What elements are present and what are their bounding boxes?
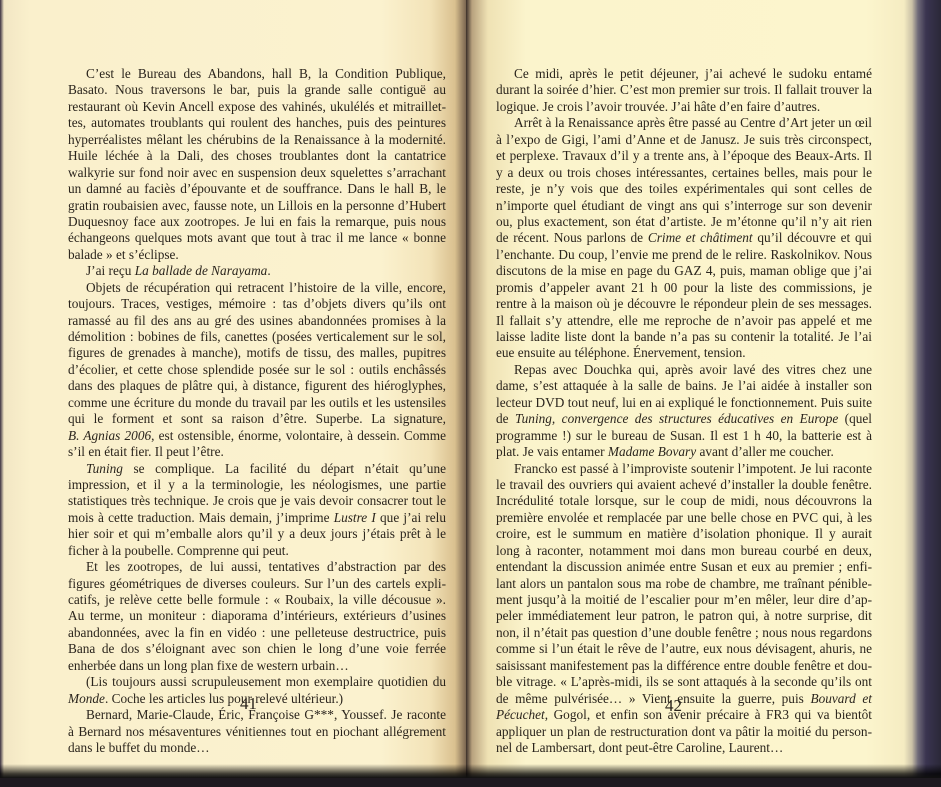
text-line: figures géométriques de diverses couleur… [68,576,446,592]
text-line: Francko est passé à l’improviste souteni… [496,461,872,477]
text-line: Bernard, Marie-Claude, Éric, Françoise G… [68,707,446,723]
text-line: n’importe quel étudiant de vingt ans qui… [496,198,872,214]
text-line: C’est le Bureau des Abandons, hall B, la… [68,66,446,82]
text-line: Ce midi, après le petit déjeuner, j’ai a… [496,66,872,82]
text-line: impression, et il y a la terminologie, l… [68,477,446,493]
text-line: statistiques très technique. Je crois qu… [68,493,446,509]
italic-title: Bouvard et [810,691,872,706]
text-line: ficher à la poubelle. Comprenne qui peut… [68,543,446,559]
text-line: Incrédulité totale lorsque, sur le coup … [496,493,872,509]
left-page-body: C’est le Bureau des Abandons, hall B, la… [68,66,446,756]
text-line: programme !) sur le bureau de Susan. Il … [496,428,872,444]
text-line: appliquer un plan de restructuration don… [496,724,872,740]
text-line: Monde. Coche les articles lus pour relev… [68,691,446,707]
text-line: ble vitrage. « L’après-midi, ils se sont… [496,674,872,690]
text-line: lecteur DVD tout neuf, lui en ai expliqu… [496,395,872,411]
text-line: entendant la discussion animée entre Sus… [496,559,872,575]
text-line: balade » et s’éclipse. [68,247,446,263]
text-line: J’ai reçu La ballade de Narayama. [68,263,446,279]
text-line: gratin roubaisien avec, fausse note, un … [68,198,446,214]
text-line: Huile léchée à la Dali, des choses troub… [68,148,446,164]
text-line: hier soir et qui m’emballe alors qu’il y… [68,526,446,542]
text-line: échangeons quelques mots avant que tout … [68,230,446,246]
text-line: lant alors un pantalon sous ma robe de c… [496,576,872,592]
text-line: de récent. Nous parlons de Crime et chât… [496,230,872,246]
text-line: comme une écriture du monde du travail p… [68,395,446,411]
italic-title: Pécuchet [496,707,545,722]
text-line: dans des plaques de plâtre qui, à distan… [68,378,446,394]
text-line: promis d’appeler avant 21 h 00 pour la l… [496,280,872,296]
text-line: Tuning se complique. La facilité du dépa… [68,461,446,477]
text-line: B. Agnias 2006, est ostensible, énorme, … [68,428,446,444]
right-page-body: Ce midi, après le petit déjeuner, j’ai a… [496,66,872,756]
text-line: qui le forment et sont sa raison d’être.… [68,411,446,427]
text-line: à Bernard nos mésaventures vénitiennes t… [68,724,446,740]
text-line: enherbée dans un long plan fixe de weste… [68,658,446,674]
text-line: ou, plus exactement, son état d’artiste.… [496,214,872,230]
italic-title: Tuning, convergence des structures éduca… [515,411,838,426]
text-line: catifs, je relève cette belle formule : … [68,592,446,608]
text-line: à l’expo de Gigi, l’ami d’Anne et de Jan… [496,132,872,148]
text-line: Et les zootropes, de lui aussi, tentativ… [68,559,446,575]
text-line: non, il n’était pas question d’une doubl… [496,625,872,641]
italic-title: La ballade de Narayama [135,263,268,278]
text-line: y a deux ou trois choses intéressantes, … [496,165,872,181]
text-line: Pécuchet, Gogol, et enfin son avenir pré… [496,707,872,723]
left-page: C’est le Bureau des Abandons, hall B, la… [0,0,470,778]
text-line: Arrêt à la Renaissance après être passé … [496,115,872,131]
text-line: nel de Lambersart, dont peut-être Caroli… [496,740,872,756]
italic-title: B. Agnias 2006 [68,428,151,443]
right-page: Ce midi, après le petit déjeuner, j’ai a… [466,0,941,778]
italic-title: Lustre I [334,510,376,525]
text-line: un damné au faciès d’épouvante et de sou… [68,181,446,197]
text-line: première envolée et remplacée par une be… [496,510,872,526]
text-line: de Tuning, convergence des structures éd… [496,411,872,427]
text-line: comme si l’un était le rêve de l’autre, … [496,641,872,657]
text-line: croire, est le summum en matière d’isola… [496,526,872,542]
bottom-edge-shadow [0,764,941,778]
text-line: hyperréalistes mêlant les chérubins de l… [68,132,446,148]
text-line: rentre à la maison où je découvre le rép… [496,296,872,312]
text-line: (Lis toujours aussi scrupuleusement mon … [68,674,446,690]
text-line: abandonnées, avec la fin en vidéo : une … [68,625,446,641]
text-line: durant la soirée d’hier. C’est mon premi… [496,82,872,98]
text-line: ramassé au fil des ans au gré des usines… [68,313,446,329]
text-line: Duquesnoy face aux zootropes. Je lui en … [68,214,446,230]
italic-title: Crime et châtiment [648,230,753,245]
italic-title: Monde [68,691,105,706]
text-line: d’écolier, et cette chose splendide posé… [68,362,446,378]
text-line: de même pulvérisée… » Vient ensuite la g… [496,691,872,707]
italic-title: Tuning [86,461,123,476]
text-line: laisse ladite liste dont la bande n’a pa… [496,329,872,345]
text-line: Au terme, un moniteur : diaporama d’inté… [68,608,446,624]
text-line: Repas avec Douchka qui, après avoir lavé… [496,362,872,378]
text-line: logique. Je crois l’avoir trouvée. J’ai … [496,99,872,115]
text-line: plat. Je vais entamer Madame Bovary avan… [496,444,872,460]
text-line: Objets de récupération qui retracent l’h… [68,280,446,296]
text-line: tes, automates troublants qui roulent de… [68,115,446,131]
text-line: Basato. Nous traversons le bar, puis la … [68,82,446,98]
text-line: démolition : bobines de fils, canettes (… [68,329,446,345]
text-line: Bana de dos s’éloignant avec son chien l… [68,641,446,657]
text-line: le travail des ouvriers qui avaient ache… [496,477,872,493]
text-line: ment jusqu’à la moitié de l’escalier pou… [496,592,872,608]
text-line: eue ensuite au téléphone. Énervement, te… [496,345,872,361]
text-line: l’enchante. Du coup, l’envie me prend de… [496,247,872,263]
open-book-spread: C’est le Bureau des Abandons, hall B, la… [0,0,941,778]
text-line: walkyrie sur fond noir avec en suspensio… [68,165,446,181]
text-line: peler immédiatement leur patron, le patr… [496,608,872,624]
text-line: s’il en était fier. Il peut l’être. [68,444,446,460]
text-line: figures de grenades à manche), motifs de… [68,345,446,361]
text-line: saisissant manifestement pas la différen… [496,658,872,674]
text-line: reste, je n’y vois que des toiles expéri… [496,181,872,197]
text-line: et perplexe. Travaux d’il y a trente ans… [496,148,872,164]
text-line: restaurant où Kevin Ancell expose des va… [68,99,446,115]
italic-title: Madame Bovary [608,444,696,459]
text-line: Il fallait s’y attendre, elle me reproch… [496,313,872,329]
text-line: long à raconter, notamment moi dans mon … [496,543,872,559]
page-number-left: 41 [240,694,257,714]
text-line: discutons de la mise en page du GAZ 4, p… [496,263,872,279]
text-line: mois à cette traduction. Mais demain, j’… [68,510,446,526]
text-line: dans le buffet du monde… [68,740,446,756]
text-line: toujours. Traces, vestiges, mémoire : ta… [68,296,446,312]
text-line: dame, s’est attaquée à la salle de bains… [496,378,872,394]
page-number-right: 42 [665,696,682,716]
